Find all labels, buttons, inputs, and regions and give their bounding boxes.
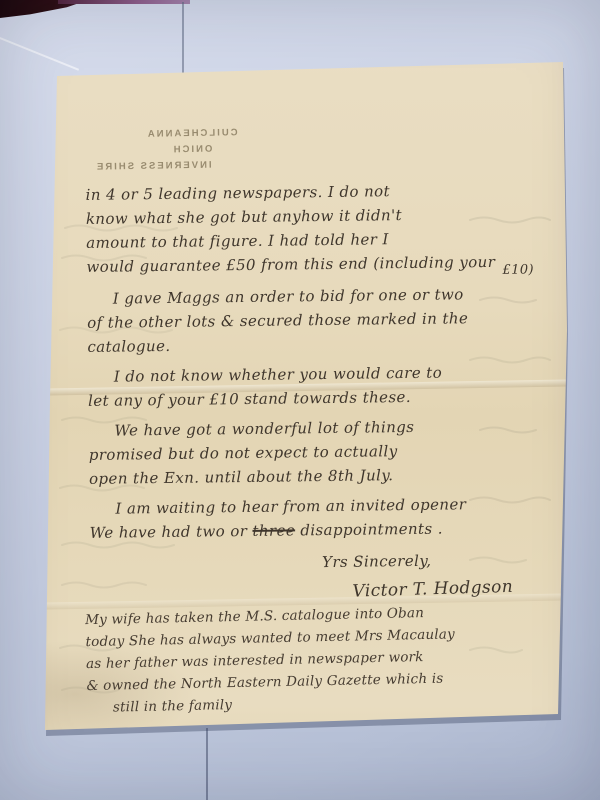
- letterhead-village: ONICH: [112, 141, 272, 160]
- letterhead-county: INVERNESS SHIRE: [73, 157, 233, 176]
- postscript: My wife has taken the M.S. catalogue int…: [85, 599, 575, 719]
- closing-salutation: Yrs Sincerely,: [322, 547, 568, 574]
- letter-line: would guarantee £50 from this end (inclu…: [86, 249, 564, 281]
- dropped-amount: £10): [502, 262, 534, 277]
- letter-line: catalogue.: [87, 329, 565, 359]
- letter-body: in 4 or 5 leading newspapers. I do not k…: [85, 177, 568, 605]
- backing-paper-fold-line-bottom: [206, 728, 208, 800]
- letter-sheet: CUILCHEANNA ONICH INVERNESS SHIRE in 4 o…: [0, 0, 600, 800]
- letter-line: let any of your £10 stand towards these.: [88, 383, 566, 413]
- table-surface-edge: [58, 0, 190, 4]
- backing-paper-crease: [0, 35, 79, 71]
- letter-line-text: would guarantee £50 from this end (inclu…: [86, 253, 500, 276]
- mirrored-letterhead-show-through: CUILCHEANNA ONICH INVERNESS SHIRE: [112, 125, 273, 176]
- letter-line-text: We have had two or: [90, 522, 253, 542]
- photo-of-letter: CUILCHEANNA ONICH INVERNESS SHIRE in 4 o…: [0, 0, 600, 800]
- struck-word: three: [252, 521, 295, 540]
- letter-line: We have had two or three disappointments…: [90, 515, 568, 545]
- letter-line-text: disappointments .: [295, 520, 443, 540]
- letter-line: open the Exn. until about the 8th July.: [89, 461, 567, 491]
- backing-paper-fold-line-top: [182, 2, 184, 74]
